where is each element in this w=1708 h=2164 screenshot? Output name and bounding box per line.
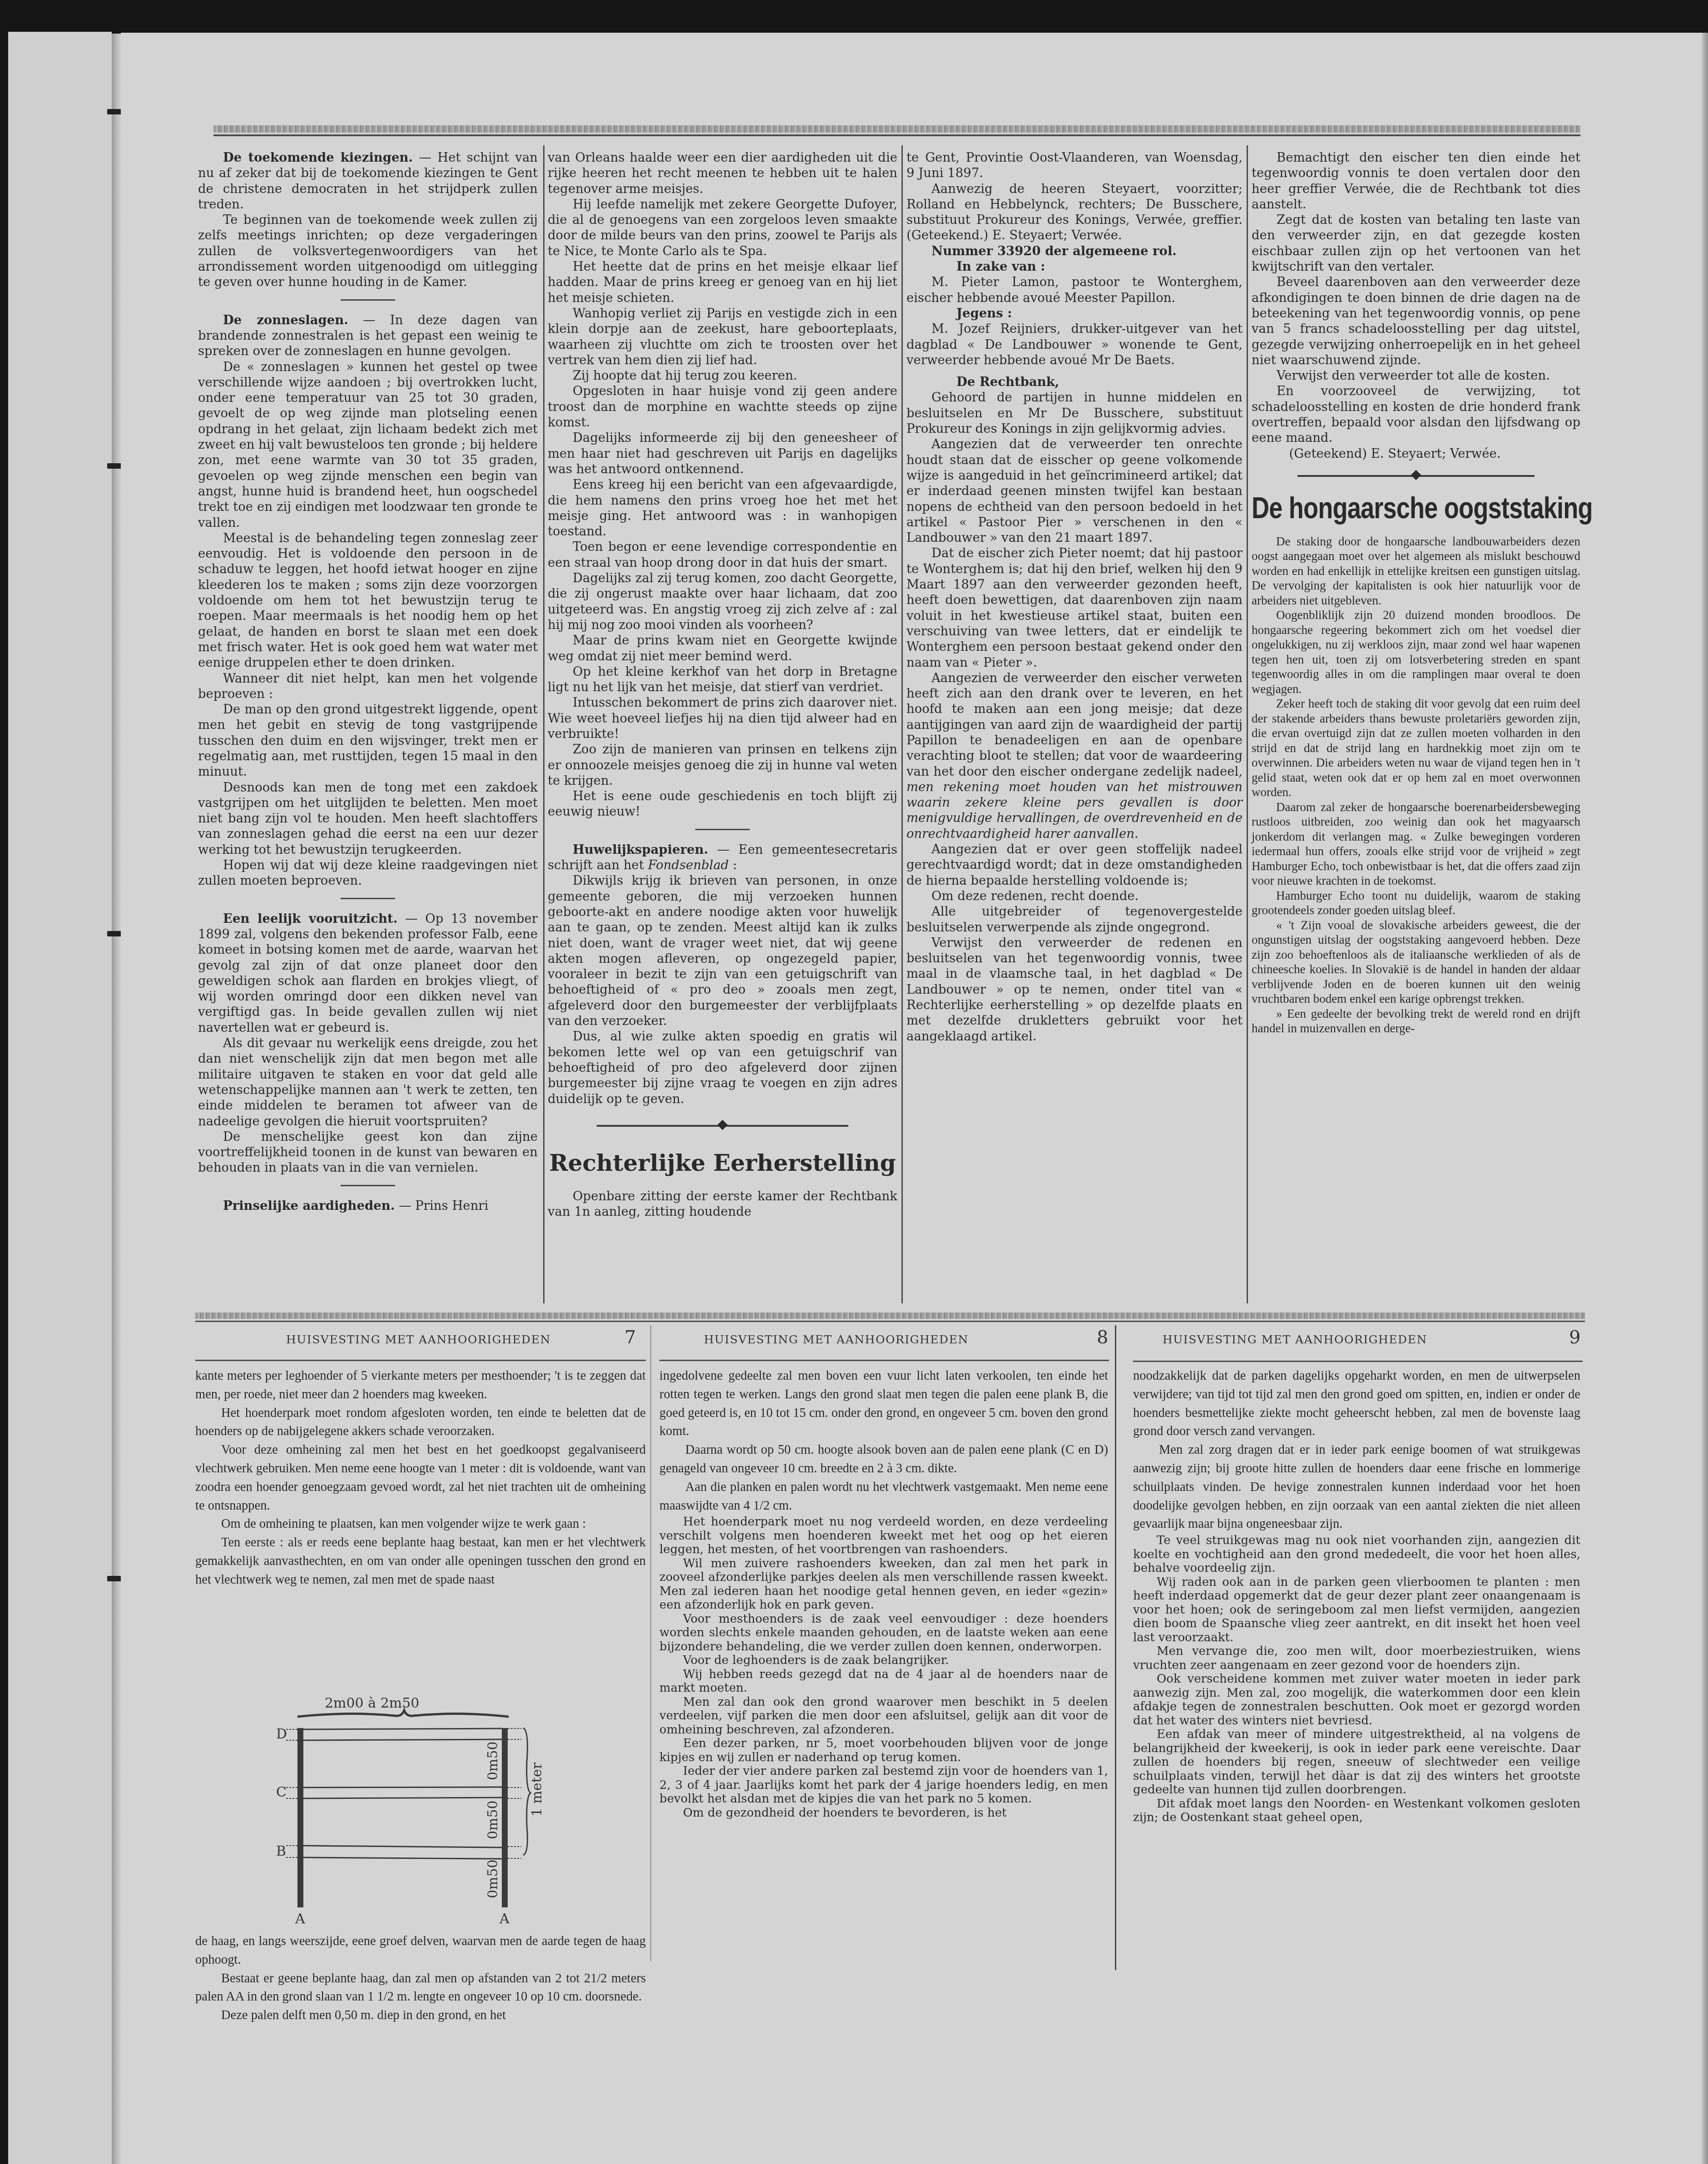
paragraph: Het heette dat de prins en het meisje el… <box>548 259 897 306</box>
court-label: De Rechtbank, <box>906 374 1243 390</box>
paragraph: Gehoord de partijen in hunne middelen en… <box>906 390 1243 436</box>
book-spine <box>112 34 121 2164</box>
paragraph: Intusschen bekommert de prins zich daaro… <box>548 695 897 742</box>
italic-passage: men rekening moet houden van het mistrou… <box>906 780 1243 841</box>
width-brace <box>297 1710 509 1717</box>
paragraph: Men zal dan ook den grond waarover men b… <box>659 1695 1108 1737</box>
post-label-a-right: A <box>499 1911 510 1926</box>
paragraph: Wij raden ook aan in de parken geen vlie… <box>1133 1575 1580 1645</box>
paragraph: Dagelijks zal zij terug komen, zoo dacht… <box>548 570 897 633</box>
paragraph: Wanneer dit niet helpt, kan men het volg… <box>198 671 538 702</box>
newspaper-column-4: Bemachtigt den eischer ten dien einde he… <box>1252 150 1580 1036</box>
paragraph: Hopen wij dat wij deze kleine raadgeving… <box>198 857 538 889</box>
separator <box>341 1185 395 1186</box>
book-page-7-continued: de haag, en langs weerszijde, eene groef… <box>195 1932 646 2025</box>
column-divider <box>901 145 903 1303</box>
book-page-9: noodzakkelijk dat de parken dagelijks op… <box>1133 1367 1580 1825</box>
paragraph: Eens kreeg hij een bericht van een afgev… <box>548 477 897 539</box>
ornamental-divider <box>1297 475 1534 477</box>
paragraph: Bemachtigt den eischer ten dien einde he… <box>1252 150 1580 212</box>
top-rule-thin <box>213 134 1580 136</box>
paragraph: Verwijst den verweerder de redenen en be… <box>906 935 1243 1044</box>
paragraph: kante meters per leghoender of 5 vierkan… <box>195 1367 646 1404</box>
page-9-lower-text: Te veel struikgewas mag nu ook niet voor… <box>1133 1534 1580 1825</box>
width-label: 2m00 à 2m50 <box>325 1695 419 1711</box>
fence-diagram-svg: 2m00 à 2m50 1 meter D C B 0m50 0m50 0m50… <box>236 1689 645 1926</box>
height-label: 1 meter <box>529 1762 545 1817</box>
paragraph: De « zonneslagen » kunnen het gestel op … <box>198 359 538 530</box>
page-fold <box>650 1325 651 1961</box>
case-label: In zake van : <box>906 259 1243 274</box>
paragraph: Oogenbliklijk zijn 20 duizend monden bro… <box>1252 608 1580 696</box>
source-name: Fondsenblad <box>648 858 729 872</box>
headline: De toekomende kiezingen. <box>223 150 413 165</box>
paragraph: Deze palen delft men 0,50 m. diep in den… <box>195 2006 646 2025</box>
newspaper-column-1: De toekomende kiezingen. — Het schijnt v… <box>198 150 538 1213</box>
paragraph: De menschelijke geest kon dan zijne voor… <box>198 1129 538 1176</box>
page-number-9: 9 <box>1569 1327 1580 1348</box>
paragraph: Dus, al wie zulke akten spoedig en grati… <box>548 1029 897 1106</box>
binding-mark <box>107 463 123 469</box>
paragraph: Opgesloten in haar huisje vond zij geen … <box>548 383 897 430</box>
page-edge-shadow <box>1702 33 1708 2164</box>
fence-diagram: 2m00 à 2m50 1 meter D C B 0m50 0m50 0m50… <box>236 1689 645 1926</box>
paragraph: Om de omheining te plaatsen, kan men vol… <box>195 1515 646 1534</box>
headline: Huwelijkspapieren. <box>573 842 708 857</box>
paragraph: Men zal zorg dragen dat er in ieder park… <box>1133 1441 1580 1534</box>
book-page-8: ingedolvene gedeelte zal men boven een v… <box>659 1367 1108 1820</box>
post-label-a-left: A <box>295 1911 305 1926</box>
paragraph: Om de gezondheid der hoenders te bevorde… <box>659 1806 1108 1820</box>
paragraph: Op het kleine kerkhof van het dorp in Br… <box>548 664 897 695</box>
separator <box>695 829 750 830</box>
paragraph: ingedolvene gedeelte zal men boven een v… <box>659 1367 1108 1441</box>
post-right <box>502 1728 508 1907</box>
page-8-lower-text: Het hoenderpark moet nu nog verdeeld wor… <box>659 1515 1108 1820</box>
paragraph: Daarna wordt op 50 cm. hoogte alsook bov… <box>659 1441 1108 1478</box>
adjacent-page-edge <box>8 32 112 2164</box>
paragraph: Het hoenderpark moet rondom afgesloten w… <box>195 1404 646 1441</box>
paragraph: van Orleans haalde weer een dier aardigh… <box>548 150 897 197</box>
article-vooruitzicht: Een leelijk vooruitzicht. — Op 13 novemb… <box>198 911 538 1035</box>
top-rule <box>213 125 1580 133</box>
paragraph: De man op den grond uitgestrekt liggende… <box>198 702 538 779</box>
plank-label-d: D <box>276 1726 287 1742</box>
paragraph: Als dit gevaar nu werkelijk eens dreigde… <box>198 1035 538 1129</box>
plank-d-top <box>303 1728 502 1729</box>
paragraph: Voor deze omheining zal men het best en … <box>195 1441 646 1515</box>
against-label: Jegens : <box>906 306 1243 321</box>
headline: De zonneslagen. <box>223 313 348 327</box>
header-rule <box>195 1360 646 1361</box>
page-number-7: 7 <box>624 1327 636 1348</box>
paragraph: de haag, en langs weerszijde, eene groef… <box>195 1932 646 1970</box>
paragraph: Nummer 33920 der algemeene rol. <box>906 243 1243 259</box>
separator <box>341 299 395 301</box>
paragraph: Een afdak van meer of mindere uitgestrek… <box>1133 1728 1580 1797</box>
running-head-7: Huisvesting met aanhoorigheden <box>286 1333 551 1346</box>
paragraph: Aangezien de verweerder den eischer verw… <box>906 670 1243 842</box>
paragraph: Om deze redenen, recht doende. <box>906 888 1243 904</box>
paragraph: Wil men zuivere rashoenders kweeken, dan… <box>659 1557 1108 1612</box>
paragraph: En voorzooveel de verwijzing, tot schade… <box>1252 383 1580 446</box>
column-divider <box>543 145 545 1303</box>
paragraph: Verwijst den verweerder tot alle de kost… <box>1252 368 1580 383</box>
paragraph: Voor mesthoenders is de zaak veel eenvou… <box>659 1612 1108 1654</box>
binding-mark <box>107 931 123 936</box>
paragraph: Alle uitgebreider of tegenovergestelde b… <box>906 904 1243 935</box>
paragraph: Ook verscheidene kommen met zuiver water… <box>1133 1672 1580 1728</box>
article-prinselijke: Prinselijke aardigheden. — Prins Henri <box>198 1198 538 1213</box>
plank-b-bottom <box>303 1857 502 1859</box>
ornamental-divider <box>597 1125 848 1127</box>
paragraph: Te beginnen van de toekomende week zulle… <box>198 212 538 290</box>
paragraph: Wij hebben reeds gezegd dat na de 4 jaar… <box>659 1668 1108 1695</box>
paragraph: Voor de leghoenders is de zaak belangrij… <box>659 1654 1108 1668</box>
column-divider <box>1247 145 1248 1303</box>
spacing-label: 0m50 <box>485 1859 501 1898</box>
plank-b-top <box>303 1846 502 1847</box>
headline: Prinselijke aardigheden. <box>223 1198 395 1213</box>
post-left <box>297 1728 303 1907</box>
middle-rule <box>195 1312 1585 1319</box>
running-head-8: Huisvesting met aanhoorigheden <box>704 1333 969 1346</box>
paragraph: Zeker heeft toch de staking dit voor gev… <box>1252 696 1580 800</box>
running-head-9: Huisvesting met aanhoorigheden <box>1163 1333 1427 1346</box>
binding-mark <box>107 109 123 114</box>
newspaper-column-3: te Gent, Provintie Oost-Vlaanderen, van … <box>906 150 1243 1044</box>
spacing-label: 0m50 <box>485 1741 501 1780</box>
paragraph: Aanwezig de heeren Steyaert, voorzitter;… <box>906 181 1243 243</box>
paragraph: Meestal is de behandeling tegen zonnesla… <box>198 530 538 671</box>
paragraph: te Gent, Provintie Oost-Vlaanderen, van … <box>906 150 1243 181</box>
paragraph: Te veel struikgewas mag nu ook niet voor… <box>1133 1534 1580 1575</box>
paragraph: Aan die planken en palen wordt nu het vl… <box>659 1478 1108 1515</box>
paragraph: De staking door de hongaarsche landbouwa… <box>1252 534 1580 608</box>
article-zonneslagen: De zonneslagen. — In deze dagen van bran… <box>198 312 538 359</box>
plank-d-bottom <box>303 1739 502 1740</box>
paragraph: Het is eene oude geschiedenis en toch bl… <box>548 788 897 820</box>
middle-rule-thin <box>195 1321 1585 1322</box>
paragraph: Zoo zijn de manieren van prinsen en telk… <box>548 742 897 788</box>
page-divider <box>1115 1325 1116 1970</box>
paragraph: Toen begon er eene levendige corresponde… <box>548 539 897 570</box>
paragraph: Zegt dat de kosten van betaling ten last… <box>1252 212 1580 274</box>
paragraph: Dit afdak moet langs den Noorden- en Wes… <box>1133 1797 1580 1825</box>
paragraph: Desnoods kan men de tong met een zakdoek… <box>198 780 538 857</box>
book-page-7: kante meters per leghoender of 5 vierkan… <box>195 1367 646 1590</box>
paragraph: Aangezien dat er over geen stoffelijk na… <box>906 842 1243 888</box>
article-huwelijkspapieren: Huwelijkspapieren. — Een gemeentesecreta… <box>548 842 897 873</box>
header-rule <box>659 1360 1109 1361</box>
binding-mark <box>107 1576 123 1581</box>
paragraph: Maar de prins kwam niet en Georgette kwi… <box>548 633 897 664</box>
spacing-label: 0m50 <box>485 1800 501 1839</box>
paragraph: Ieder der vier andere parken zal bestemd… <box>659 1764 1108 1806</box>
headline-hongaarsche-oogststaking: De hongaarsche oogststaking <box>1252 490 1521 525</box>
paragraph: Openbare zitting der eerste kamer der Re… <box>548 1188 897 1220</box>
paragraph: « 't Zijn vooal de slovakische arbeiders… <box>1252 918 1580 1006</box>
plank-label-b: B <box>276 1843 286 1859</box>
page-number-8: 8 <box>1097 1327 1108 1348</box>
plaintiff: M. Pieter Lamon, pastoor te Wonterghem, … <box>906 274 1243 306</box>
plank-c-bottom <box>303 1798 502 1798</box>
paragraph: Bestaat er geene beplante haag, dan zal … <box>195 1970 646 2007</box>
separator <box>341 898 395 899</box>
paragraph: Dagelijks informeerde zij bij den genees… <box>548 430 897 477</box>
paragraph: Dat de eischer zich Pieter noemt; dat hi… <box>906 545 1243 670</box>
paragraph: noodzakkelijk dat de parken dagelijks op… <box>1133 1367 1580 1441</box>
header-rule <box>1133 1361 1583 1362</box>
article-kiezingen: De toekomende kiezingen. — Het schijnt v… <box>198 150 538 212</box>
paragraph: Daarom zal zeker de hongaarsche boerenar… <box>1252 800 1580 888</box>
newspaper-column-2: van Orleans haalde weer een dier aardigh… <box>548 150 897 1219</box>
paragraph: Hij leefde namelijk met zekere Georgette… <box>548 197 897 259</box>
defendant: M. Jozef Reijniers, drukker-uitgever van… <box>906 321 1243 368</box>
paragraph: Ten eerste : als er reeds eene beplante … <box>195 1534 646 1589</box>
headline-rechterlijke-eerherstelling: Rechterlijke Eerherstelling <box>548 1149 897 1177</box>
paragraph: Aangezien dat de verweerder ten onrechte… <box>906 436 1243 545</box>
signature: (Geteekend) E. Steyaert; Verwée. <box>1252 446 1580 461</box>
plank-c-top <box>303 1787 502 1788</box>
headline: Een leelijk vooruitzicht. <box>223 911 397 926</box>
paragraph: Beveel daarenboven aan den verweerder de… <box>1252 274 1580 368</box>
paragraph: Een dezer parken, nr 5, moet voorbehoude… <box>659 1737 1108 1764</box>
paragraph: Dikwijls krijg ik brieven van personen, … <box>548 873 897 1029</box>
paragraph: Men vervange die, zoo men wilt, door moe… <box>1133 1644 1580 1672</box>
article-body: De staking door de hongaarsche landbouwa… <box>1252 534 1580 1036</box>
paragraph: Het hoenderpark moet nu nog verdeeld wor… <box>659 1515 1108 1557</box>
paragraph: Wanhopig verliet zij Parijs en vestigde … <box>548 306 897 368</box>
paragraph: » Een gedeelte der bevolking trekt de we… <box>1252 1006 1580 1036</box>
paragraph: Zij hoopte dat hij terug zou keeren. <box>548 368 897 383</box>
plank-label-c: C <box>276 1784 287 1800</box>
paragraph: Hamburger Echo toont nu duidelijk, waaro… <box>1252 888 1580 918</box>
